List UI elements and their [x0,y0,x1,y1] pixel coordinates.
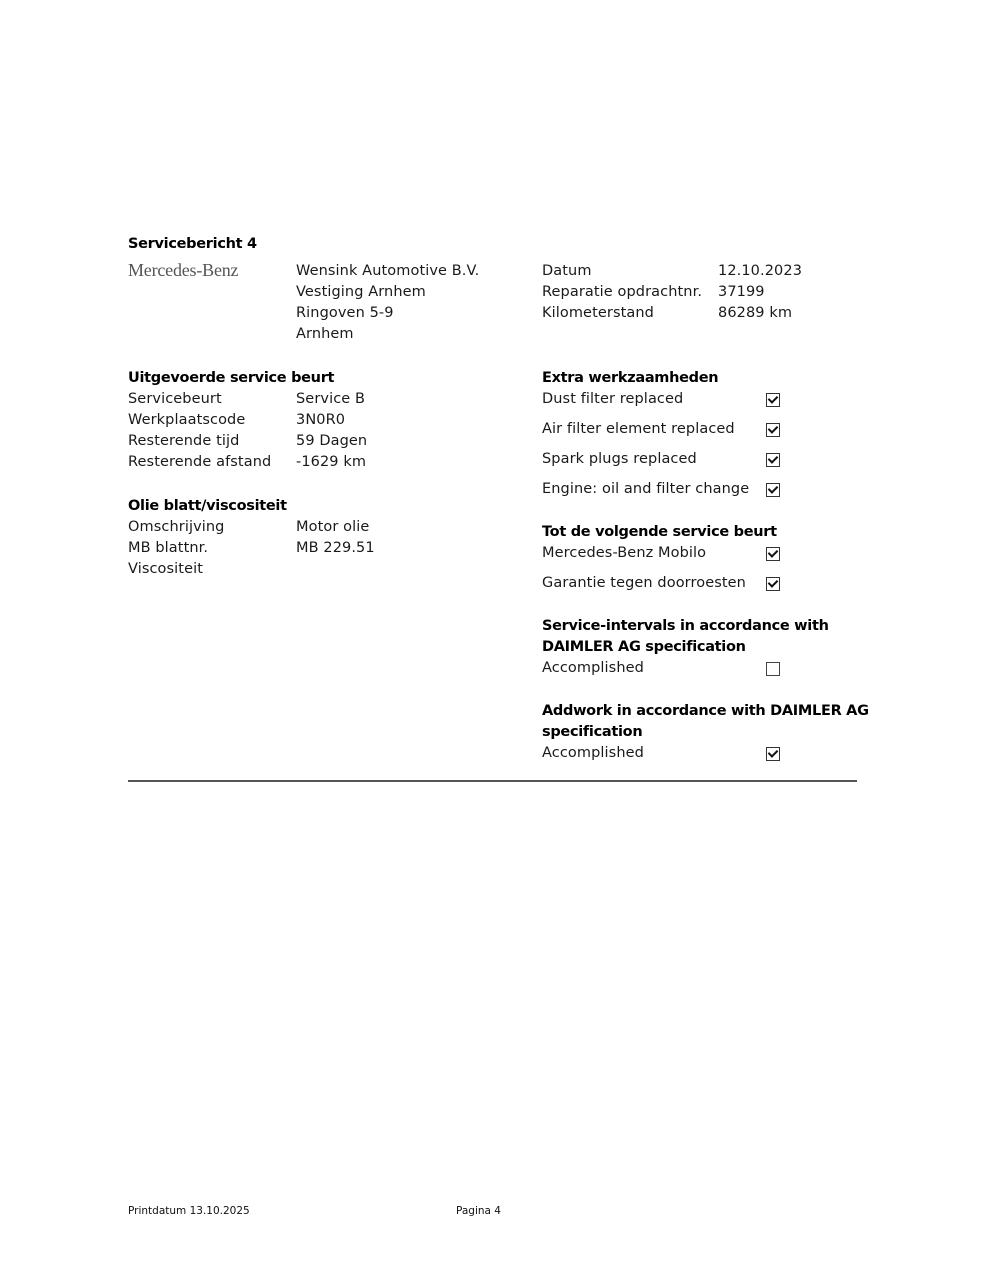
checkbox-checked-icon[interactable] [766,483,780,497]
service-intervals-heading-2: DAIMLER AG specification [542,637,746,658]
service-label: Resterende tijd [128,431,239,452]
checkbox-empty-icon[interactable] [766,662,780,676]
addwork-heading: Addwork in accordance with DAIMLER AG [542,701,869,722]
info-value-km: 86289 km [718,303,792,324]
info-value-datum: 12.10.2023 [718,261,802,282]
next-service-item-label: Garantie tegen doorroesten [542,573,746,594]
service-intervals-heading: Service-intervals in accordance with [542,616,829,637]
extra-heading: Extra werkzaamheden [542,368,718,389]
checkbox-checked-icon[interactable] [766,747,780,761]
service-label: Resterende afstand [128,452,271,473]
service-value: -1629 km [296,452,366,473]
info-value-order: 37199 [718,282,765,303]
checkbox-checked-icon[interactable] [766,547,780,561]
extra-item-label: Spark plugs replaced [542,449,697,470]
checkbox-checked-icon[interactable] [766,577,780,591]
page-title: Servicebericht 4 [128,234,257,255]
mercedes-benz-logo: Mercedes-Benz [128,260,238,281]
page-number: Pagina 4 [456,1205,501,1217]
service-intervals-item-label: Accomplished [542,658,644,679]
next-service-item-label: Mercedes-Benz Mobilo [542,543,706,564]
oil-heading: Olie blatt/viscositeit [128,496,287,517]
info-label-km: Kilometerstand [542,303,654,324]
service-value: 3N0R0 [296,410,345,431]
service-value: 59 Dagen [296,431,367,452]
service-value: Service B [296,389,365,410]
checkbox-checked-icon[interactable] [766,423,780,437]
dealer-name: Wensink Automotive B.V. [296,261,479,282]
section-divider [128,780,857,782]
extra-item-label: Dust filter replaced [542,389,683,410]
addwork-heading-2: specification [542,722,642,743]
oil-value: MB 229.51 [296,538,375,559]
oil-label: Omschrijving [128,517,224,538]
oil-label: MB blattnr. [128,538,208,559]
service-label: Werkplaatscode [128,410,245,431]
print-date: Printdatum 13.10.2025 [128,1205,250,1217]
extra-item-label: Engine: oil and filter change [542,479,749,500]
dealer-city: Arnhem [296,324,354,345]
dealer-branch: Vestiging Arnhem [296,282,426,303]
dealer-street: Ringoven 5-9 [296,303,394,324]
checkbox-checked-icon[interactable] [766,453,780,467]
addwork-item-label: Accomplished [542,743,644,764]
next-service-heading: Tot de volgende service beurt [542,522,777,543]
oil-label: Viscositeit [128,559,203,580]
info-label-datum: Datum [542,261,592,282]
info-label-order: Reparatie opdrachtnr. [542,282,702,303]
extra-item-label: Air filter element replaced [542,419,735,440]
oil-value: Motor olie [296,517,369,538]
service-heading: Uitgevoerde service beurt [128,368,334,389]
service-label: Servicebeurt [128,389,222,410]
checkbox-checked-icon[interactable] [766,393,780,407]
